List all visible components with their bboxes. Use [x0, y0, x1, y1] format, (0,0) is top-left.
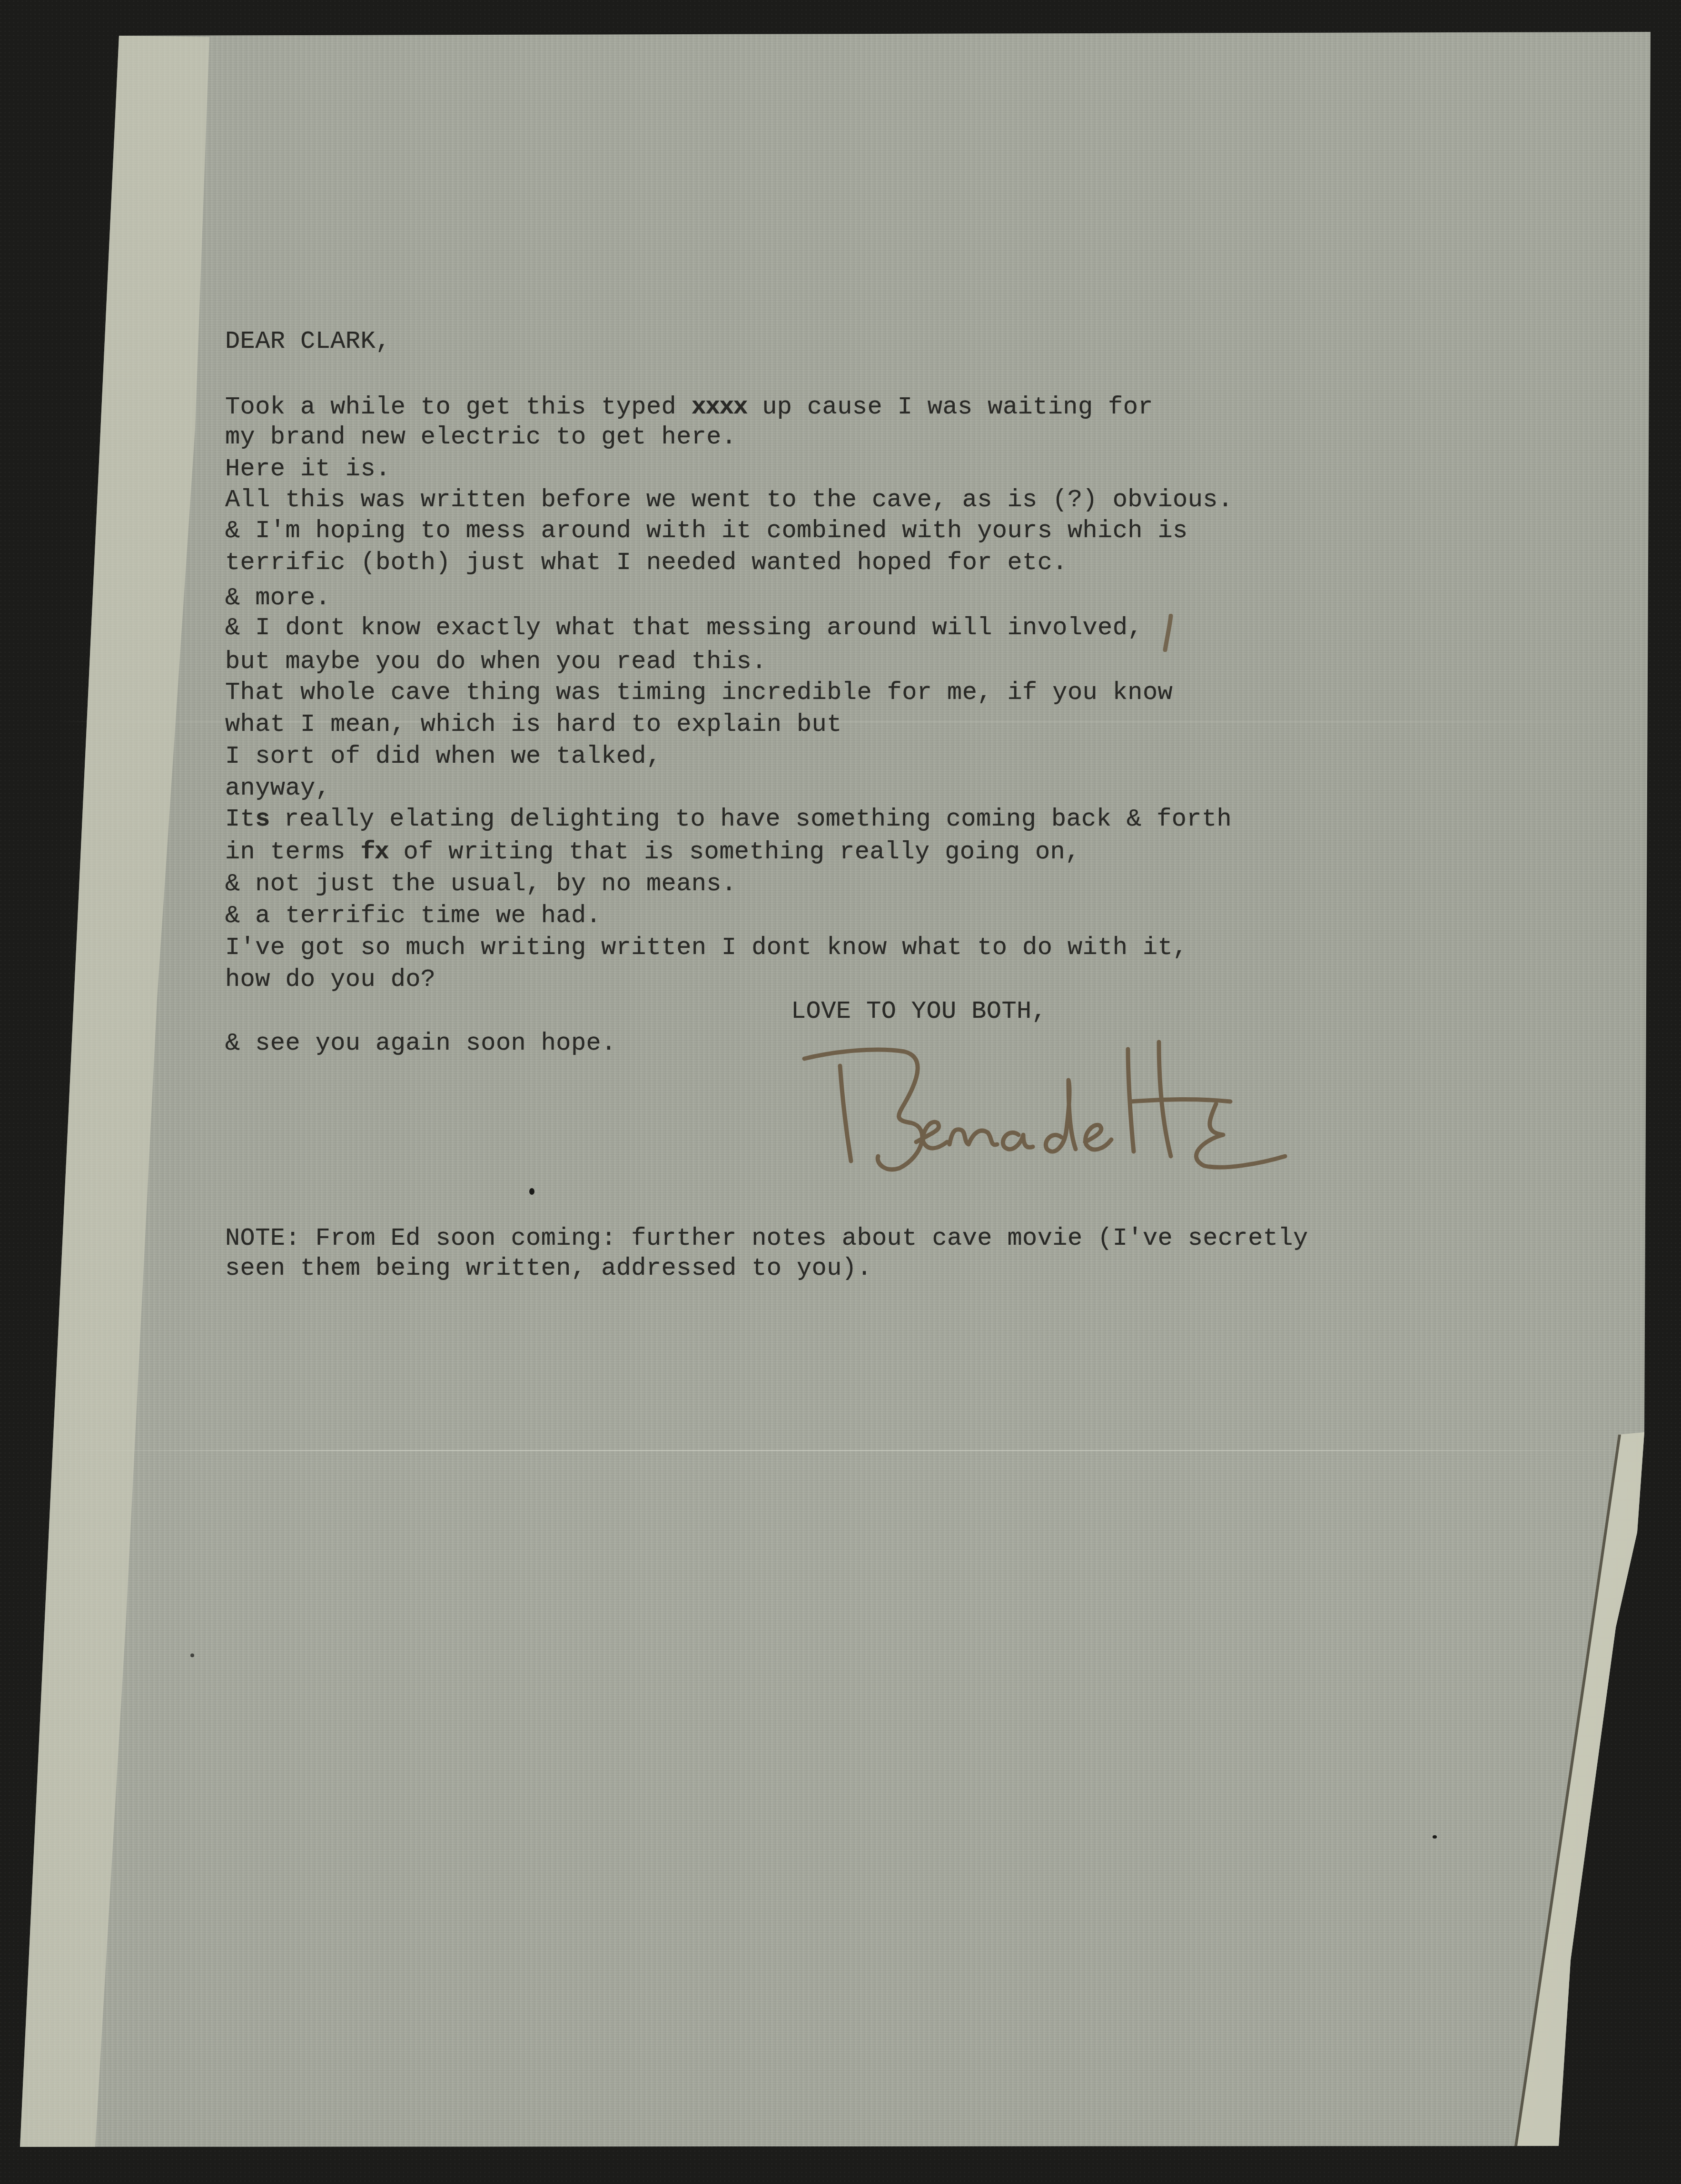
ink-speck	[529, 1188, 534, 1195]
body-line: how do you do?	[225, 965, 435, 994]
text-segment: really elating delighting to have someth…	[269, 805, 1232, 833]
body-line: Here it is.	[225, 455, 391, 483]
ink-speck	[1433, 1835, 1437, 1839]
text-segment: of writing that is something really goin…	[388, 838, 1080, 866]
body-line: I've got so much writing written I dont …	[225, 934, 1188, 962]
handwritten-correction-mark	[1161, 614, 1176, 652]
salutation: DEAR CLARK,	[225, 327, 391, 356]
body-line: & more.	[225, 584, 330, 612]
body-line: & I'm hoping to mess around with it comb…	[225, 517, 1188, 545]
note-line: NOTE: From Ed soon coming: further notes…	[225, 1224, 1308, 1253]
overstrike: fx	[360, 838, 388, 866]
text-segment: It	[225, 805, 255, 833]
note-line: seen them being written, addressed to yo…	[225, 1254, 872, 1283]
text-segment: up cause I was waiting for	[747, 393, 1153, 421]
closing: LOVE TO YOU BOTH,	[791, 997, 1047, 1026]
overstrike: s	[255, 805, 269, 833]
body-line: & not just the usual, by no means.	[225, 870, 737, 898]
body-line: I sort of did when we talked,	[225, 742, 662, 771]
body-line: Its really elating delighting to have so…	[225, 805, 1232, 834]
body-line: That whole cave thing was timing incredi…	[225, 679, 1173, 707]
text-segment: in terms	[225, 838, 360, 866]
postscript-line: & see you again soon hope.	[225, 1029, 616, 1058]
fold-crease	[57, 1450, 1637, 1451]
text-segment: Took a while to get this typed	[225, 393, 692, 421]
body-line: & a terrific time we had.	[225, 902, 601, 930]
body-line: & I dont know exactly what that messing …	[225, 614, 1143, 642]
body-line: All this was written before we went to t…	[225, 486, 1233, 514]
body-line: but maybe you do when you read this.	[225, 648, 767, 676]
body-line: anyway,	[225, 774, 330, 803]
body-line: Took a while to get this typed xxxx up c…	[225, 393, 1153, 422]
overstrike: xxxx	[692, 393, 747, 421]
body-line: what I mean, which is hard to explain bu…	[225, 710, 842, 739]
ink-speck	[190, 1653, 194, 1657]
handwritten-signature	[795, 1037, 1394, 1175]
body-line: my brand new electric to get here.	[225, 423, 737, 452]
body-line: terrific (both) just what I needed wante…	[225, 549, 1068, 577]
body-line: in terms fx of writing that is something…	[225, 838, 1080, 866]
